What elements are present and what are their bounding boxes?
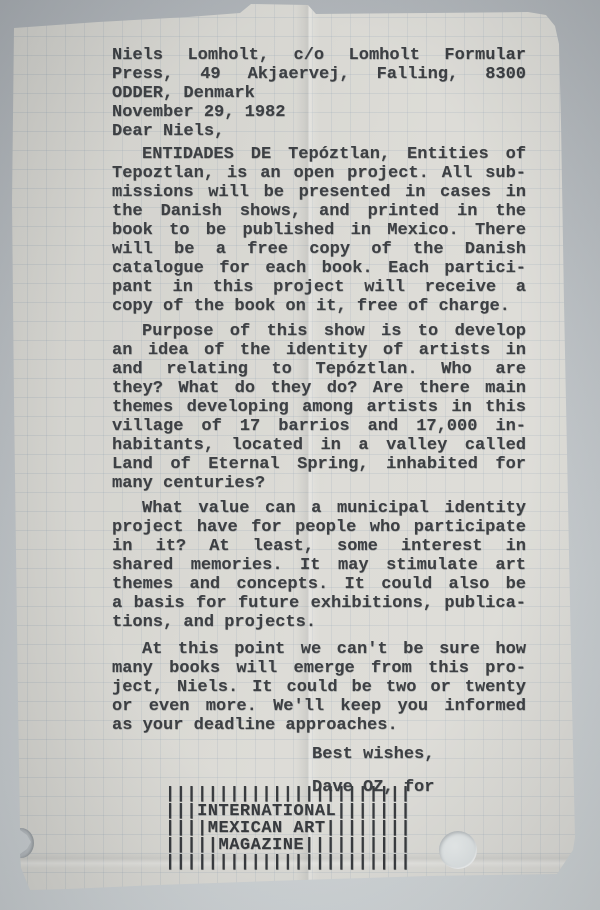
letter-line: in it? At least, some interest in — [112, 537, 526, 556]
letter-line: tions, and projects. — [112, 613, 526, 632]
para-purpose: Purpose of this show is to developan ide… — [112, 322, 526, 493]
letter-line: village of 17 barrios and 17,000 in- — [112, 417, 526, 436]
letter-line: Press, 49 Akjaervej, Falling, 8300 — [112, 65, 526, 84]
letter-line: copy of the book on it, free of charge. — [112, 297, 526, 316]
para-value: What value can a municipal identityproje… — [112, 499, 526, 632]
letter-line: or even more. We'll keep you informed — [112, 697, 526, 716]
letter-line: many books will emerge from this pro- — [112, 659, 526, 678]
letter-line: Purpose of this show is to develop — [112, 322, 526, 341]
letter-line: At this point we can't be sure how — [112, 640, 526, 659]
photo-of-letter: { "letter": { "date": "November 29, 1982… — [0, 0, 600, 910]
letter-line: ENTIDADES DE Tepóztlan, Entities of — [112, 145, 526, 164]
hole-punch — [439, 831, 477, 869]
letter-line: will be a free copy of the Danish — [112, 240, 526, 259]
letter-line: many centuries? — [112, 474, 526, 493]
letter-line: Niels Lomholt, c/o Lomholt Formular — [112, 46, 526, 65]
para-books: At this point we can't be sure howmany b… — [112, 640, 526, 735]
letter-paper: Niels Lomholt, c/o Lomholt FormularPress… — [8, 2, 586, 892]
left-edge-notch — [8, 828, 34, 858]
letter-line: they? What do they do? Are there main — [112, 379, 526, 398]
letter-line: What value can a municipal identity — [112, 499, 526, 518]
closing: Best wishes, — [112, 745, 526, 764]
letter-line: pant in this project will receive a — [112, 278, 526, 297]
letter-line: November 29, 1982 — [112, 103, 526, 122]
address: Niels Lomholt, c/o Lomholt FormularPress… — [112, 46, 526, 103]
letter-line: Best wishes, — [112, 745, 526, 764]
letter-line: Tepoztlan, is an open project. All sub- — [112, 164, 526, 183]
letter-line: project have for people who participate — [112, 518, 526, 537]
letter-line: themes and concepts. It could also be — [112, 575, 526, 594]
letter-line: themes developing among artists in this — [112, 398, 526, 417]
letter-line: ject, Niels. It could be two or twenty — [112, 678, 526, 697]
letter-body: Niels Lomholt, c/o Lomholt FormularPress… — [112, 46, 526, 797]
letter-line: a basis for future exhibitions, publica- — [112, 594, 526, 613]
letter-line: shared memories. It may stimulate art — [112, 556, 526, 575]
typed-stamp-international-mexican-art-magazine: ||||||||||||||||||||||| |||INTERNATIONAL… — [165, 786, 411, 871]
letter-line: ODDER, Denmark — [112, 84, 526, 103]
letter-line: an idea of the identity of artists in — [112, 341, 526, 360]
letter-line: as your deadline approaches. — [112, 716, 526, 735]
letter-line: missions will be presented in cases in — [112, 183, 526, 202]
salutation: Dear Niels, — [112, 122, 526, 141]
letter-line: book to be published in Mexico. There — [112, 221, 526, 240]
letter-line: habitants, located in a valley called — [112, 436, 526, 455]
date-line: November 29, 1982 — [112, 103, 526, 122]
letter-line: and relating to Tepóztlan. Who are — [112, 360, 526, 379]
letter-line: the Danish shows, and printed in the — [112, 202, 526, 221]
para-entidades: ENTIDADES DE Tepóztlan, Entities ofTepoz… — [112, 145, 526, 316]
letter-line: catalogue for each book. Each partici- — [112, 259, 526, 278]
letter-line: Dear Niels, — [112, 122, 526, 141]
letter-line: Land of Eternal Spring, inhabited for — [112, 455, 526, 474]
